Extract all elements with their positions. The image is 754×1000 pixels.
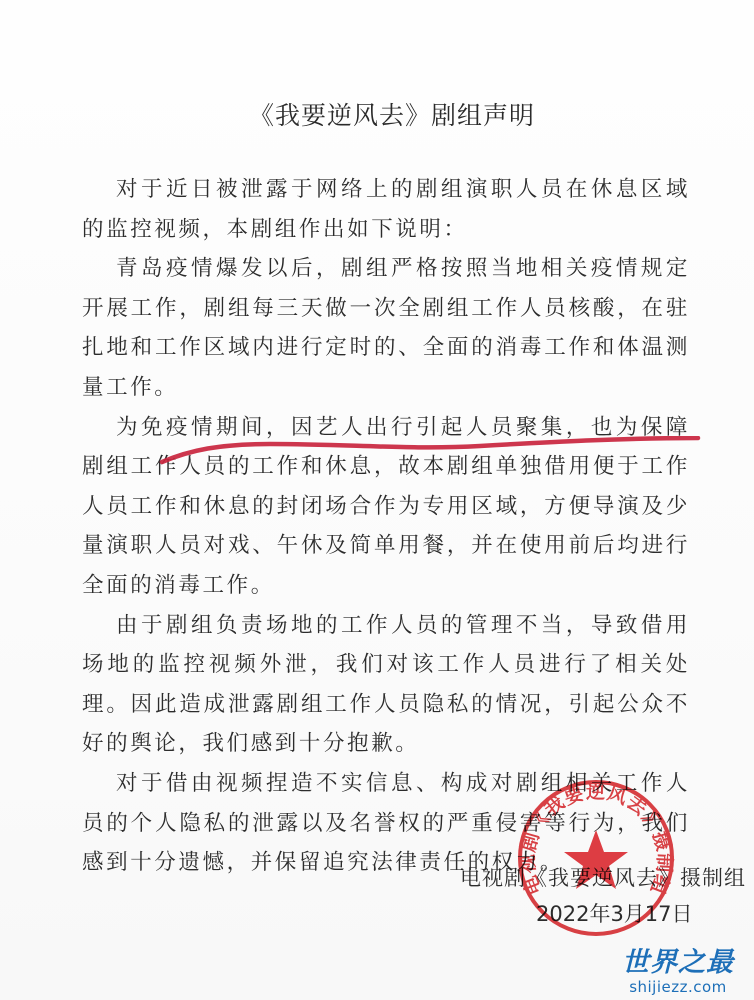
document-page: 《我要逆风去》剧组声明 对于近日被泄露于网络上的剧组演职人员在休息区域的监控视频… [0, 0, 754, 1000]
paragraph-epidemic-measures: 青岛疫情爆发以后，剧组严格按照当地相关疫情规定开展工作，剧组每三天做一次全剧组工… [82, 249, 690, 407]
signature-date: 2022年3月17日 [536, 898, 693, 928]
document-title: 《我要逆风去》剧组声明 [0, 96, 754, 132]
paragraph-dedicated-area: 为免疫情期间，因艺人出行引起人员聚集，也为保障剧组工作人员的工作和休息，故本剧组… [82, 408, 690, 606]
paragraph-apology: 由于剧组负责场地的工作人员的管理不当，导致借用场地的监控视频外泄，我们对该工作人… [82, 606, 690, 764]
paragraph-intro: 对于近日被泄露于网络上的剧组演职人员在休息区域的监控视频，本剧组作出如下说明： [82, 170, 690, 249]
watermark-title: 世界之最 [608, 948, 748, 978]
watermark-logo: 世界之最 shijiezz.com [608, 948, 748, 996]
watermark-url: shijiezz.com [608, 978, 748, 996]
signature-issuer: 电视剧《我要逆风去》摄制组 [460, 862, 746, 892]
statement-body: 对于近日被泄露于网络上的剧组演职人员在休息区域的监控视频，本剧组作出如下说明： … [82, 170, 690, 883]
